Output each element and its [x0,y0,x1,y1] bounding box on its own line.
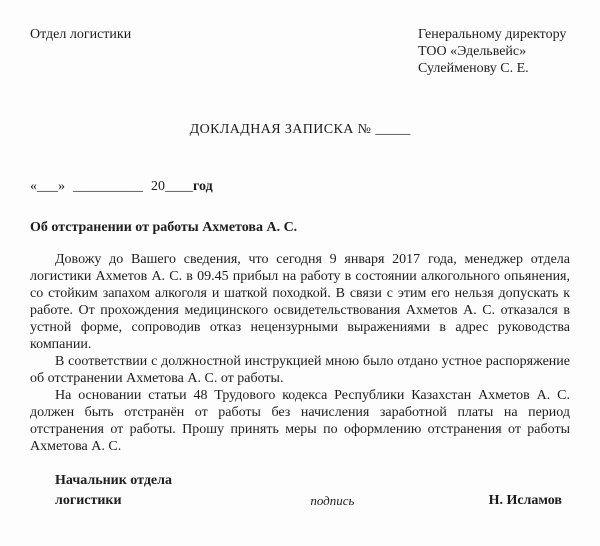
recipient-block: Генеральному директору ТОО «Эдельвейс» С… [418,26,570,77]
document-title: ДОКЛАДНАЯ ЗАПИСКА № _____ [30,121,570,138]
document-header: Отдел логистики Генеральному директору Т… [30,26,570,77]
sender-department: Отдел логистики [30,26,131,43]
document-number-blank: _____ [375,122,410,137]
document-body: Довожу до Вашего сведения, что сегодня 9… [30,251,570,455]
document-page: Отдел логистики Генеральному директору Т… [0,0,600,546]
date-day-blank: «___» [30,179,65,194]
signature-placeholder: подпись [257,491,408,511]
recipient-line-position: Генеральному директору [418,26,570,43]
date-year-suffix: год [193,179,213,194]
signer-name: Н. Исламов [408,491,570,511]
document-title-label: ДОКЛАДНАЯ ЗАПИСКА № [190,122,372,137]
recipient-line-company: ТОО «Эдельвейс» [418,43,570,60]
body-paragraph-3: На основании статьи 48 Трудового кодекса… [30,387,570,455]
recipient-line-name: Сулейменову С. Е. [418,60,570,77]
date-year-prefix: 20 [151,179,165,194]
body-paragraph-1: Довожу до Вашего сведения, что сегодня 9… [30,251,570,353]
subject-heading: Об отстранении от работы Ахметова А. С. [30,219,570,236]
signature-block: Начальник отдела логистики подпись Н. Ис… [30,471,570,511]
date-line: «___»__________20____год [30,178,570,195]
body-paragraph-2: В соответствии с должностной инструкцией… [30,353,570,387]
date-month-blank: __________ [73,179,143,194]
date-year-blank: ____ [165,179,193,194]
signer-position: Начальник отдела логистики [30,471,257,511]
signer-position-line2: логистики [55,491,257,511]
signer-position-line1: Начальник отдела [55,471,257,491]
